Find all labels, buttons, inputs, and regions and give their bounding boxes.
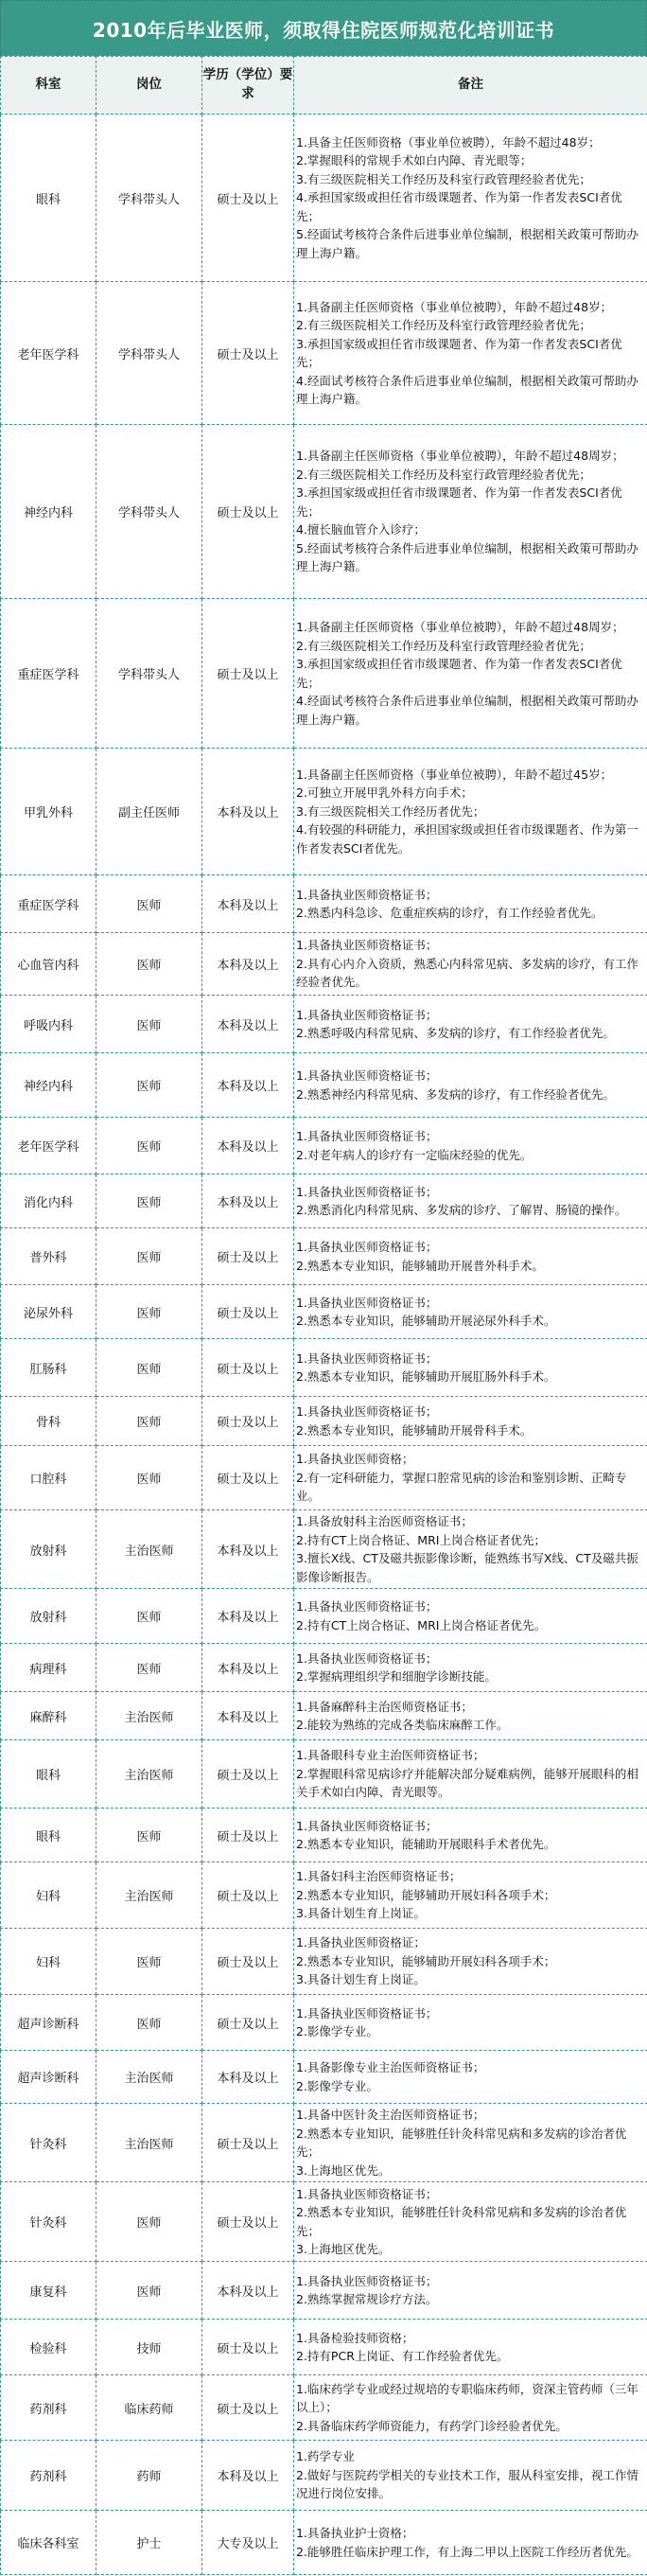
note-line: 2.熟悉本专业知识，能够辅助开展妇科各项手术； bbox=[296, 1886, 645, 1905]
cell-education: 本科及以上 bbox=[202, 2051, 294, 2104]
cell-department: 普外科 bbox=[1, 1228, 96, 1285]
cell-notes: 1.具备执业医师资格证；2.熟悉本专业知识，能够辅助开展妇科各项手术；3.具备计… bbox=[294, 1929, 647, 1995]
cell-department: 妇科 bbox=[1, 1862, 96, 1929]
table-row: 重症医学科学科带头人硕士及以上1.具备副主任医师资格（事业单位被聘），年龄不超过… bbox=[1, 599, 647, 749]
cell-department: 泌尿外科 bbox=[1, 1285, 96, 1339]
table-row: 超声诊断科主治医师本科及以上1.具备影像专业主治医师资格证书；2.影像学专业。 bbox=[1, 2051, 647, 2104]
note-line: 1.具备妇科主治医师资格证书； bbox=[296, 1867, 645, 1886]
cell-notes: 1.具备执业医师资格证书；2.熟悉呼吸内科常见病、多发病的诊疗，有工作经验者优先… bbox=[294, 996, 647, 1053]
cell-education: 本科及以上 bbox=[202, 1053, 294, 1118]
cell-notes: 1.具备执业医师资格证书；2.影像学专业。 bbox=[294, 1995, 647, 2051]
note-line: 1.具备执业医师资格证书； bbox=[296, 2272, 645, 2291]
cell-department: 超声诊断科 bbox=[1, 1995, 96, 2051]
note-line: 2.持有PCR上岗证、有工作经验者优先。 bbox=[296, 2347, 645, 2366]
cell-position: 护士 bbox=[96, 2511, 202, 2575]
table-row: 普外科医师硕士及以上1.具备执业医师资格证书；2.熟悉本专业知识，能够辅助开展普… bbox=[1, 1228, 647, 1285]
header-department: 科室 bbox=[1, 57, 96, 115]
cell-position: 医师 bbox=[96, 1446, 202, 1510]
cell-position: 医师 bbox=[96, 2262, 202, 2320]
cell-position: 医师 bbox=[96, 1808, 202, 1862]
recruitment-table: 科室 岗位 学历（学位）要求 备注 眼科学科带头人硕士及以上1.具备主任医师资格… bbox=[0, 56, 647, 2575]
note-line: 2.持有CT上岗合格证、MRI上岗合格证者优先。 bbox=[296, 1616, 645, 1635]
cell-position: 主治医师 bbox=[96, 2051, 202, 2104]
cell-position: 医师 bbox=[96, 2182, 202, 2262]
cell-notes: 1.具备执业医师资格证书；2.对老年病人的诊疗有一定临床经验的优先。 bbox=[294, 1118, 647, 1174]
note-line: 2.影像学专业。 bbox=[296, 2077, 645, 2096]
note-line: 2.掌握眼科的常规手术如白内障、青光眼等； bbox=[296, 151, 645, 170]
cell-position: 医师 bbox=[96, 1118, 202, 1174]
note-line: 1.具备执业医师资格证书； bbox=[296, 1238, 645, 1257]
cell-notes: 1.具备执业医师资格证书；2.熟悉本专业知识，能够辅助开展骨科手术。 bbox=[294, 1397, 647, 1446]
table-row: 老年医学科医师本科及以上1.具备执业医师资格证书；2.对老年病人的诊疗有一定临床… bbox=[1, 1118, 647, 1174]
note-line: 2.具有心内介入资质，熟悉心内科常见病、多发病的诊疗，有工作经验者优先。 bbox=[296, 955, 645, 992]
cell-notes: 1.具备影像专业主治医师资格证书；2.影像学专业。 bbox=[294, 2051, 647, 2104]
cell-education: 硕士及以上 bbox=[202, 115, 294, 282]
cell-notes: 1.具备执业医师资格证书；2.熟悉消化内科常见病、多发病的诊疗、了解胃、肠镜的操… bbox=[294, 1174, 647, 1228]
cell-education: 大专及以上 bbox=[202, 2511, 294, 2575]
table-row: 临床各科室护士大专及以上1.具备执业护士资格；2.能够胜任临床护理工作，有上海二… bbox=[1, 2511, 647, 2575]
cell-position: 医师 bbox=[96, 1339, 202, 1397]
note-line: 3.有三级医院相关工作经历者优先； bbox=[296, 803, 645, 821]
cell-education: 本科及以上 bbox=[202, 933, 294, 996]
cell-education: 硕士及以上 bbox=[202, 1862, 294, 1929]
table-row: 重症医学科医师本科及以上1.具备执业医师资格证书；2.熟悉内科急诊、危重症疾病的… bbox=[1, 875, 647, 933]
cell-education: 本科及以上 bbox=[202, 2262, 294, 2320]
note-line: 2.熟悉本专业知识，能够辅助开展肛肠外科手术。 bbox=[296, 1367, 645, 1386]
cell-notes: 1.具备麻醉科主治医师资格证书；2.能较为熟练的完成各类临床麻醉工作。 bbox=[294, 1692, 647, 1740]
cell-position: 临床药师 bbox=[96, 2375, 202, 2441]
table-row: 针灸科医师硕士及以上1.具备执业医师资格证书；2.熟悉本专业知识，能够胜任针灸科… bbox=[1, 2182, 647, 2262]
note-line: 1.具备检验技师资格； bbox=[296, 2329, 645, 2348]
note-line: 2.做好与医院药学相关的专业技术工作，服从科室安排，视工作情况进行岗位安排。 bbox=[296, 2466, 645, 2503]
cell-department: 眼科 bbox=[1, 1808, 96, 1862]
note-line: 1.具备执业医师资格证书； bbox=[296, 1597, 645, 1616]
cell-department: 重症医学科 bbox=[1, 599, 96, 749]
cell-department: 口腔科 bbox=[1, 1446, 96, 1510]
note-line: 1.具备副主任医师资格（事业单位被聘），年龄不超过48岁； bbox=[296, 298, 645, 317]
cell-education: 硕士及以上 bbox=[202, 1285, 294, 1339]
note-line: 2.有一定科研能力，掌握口腔常见病的诊治和鉴别诊断、正畸专业。 bbox=[296, 1469, 645, 1506]
note-line: 1.药学专业 bbox=[296, 2447, 645, 2466]
note-line: 4.有较强的科研能力，承担国家级或担任省市级课题者、作为第一作者发表SCI者优先… bbox=[296, 820, 645, 857]
note-line: 3.承担国家级或担任省市级课题者、作为第一作者发表SCI者优先； bbox=[296, 335, 645, 372]
table-row: 眼科学科带头人硕士及以上1.具备主任医师资格（事业单位被聘），年龄不超过48岁；… bbox=[1, 115, 647, 282]
cell-department: 眼科 bbox=[1, 1740, 96, 1808]
cell-department: 麻醉科 bbox=[1, 1692, 96, 1740]
cell-education: 本科及以上 bbox=[202, 749, 294, 875]
cell-education: 硕士及以上 bbox=[202, 1228, 294, 1285]
cell-department: 康复科 bbox=[1, 2262, 96, 2320]
note-line: 2.熟悉神经内科常见病、多发病的诊疗，有工作经验者优先。 bbox=[296, 1085, 645, 1104]
cell-department: 骨科 bbox=[1, 1397, 96, 1446]
cell-notes: 1.具备执业医师资格证书；2.熟悉内科急诊、危重症疾病的诊疗，有工作经验者优先。 bbox=[294, 875, 647, 933]
note-line: 2.能较为熟练的完成各类临床麻醉工作。 bbox=[296, 1716, 645, 1735]
cell-education: 硕士及以上 bbox=[202, 425, 294, 599]
cell-education: 本科及以上 bbox=[202, 1589, 294, 1644]
cell-education: 本科及以上 bbox=[202, 1174, 294, 1228]
cell-notes: 1.具备执业医师资格证书；2.持有CT上岗合格证、MRI上岗合格证者优先。 bbox=[294, 1589, 647, 1644]
note-line: 1.具备执业医师资格证书； bbox=[296, 1127, 645, 1146]
header-notes: 备注 bbox=[294, 57, 647, 115]
note-line: 1.具备主任医师资格（事业单位被聘），年龄不超过48岁； bbox=[296, 133, 645, 152]
cell-position: 技师 bbox=[96, 2320, 202, 2375]
note-line: 1.具备执业医师资格证书； bbox=[296, 936, 645, 955]
note-line: 2.具备临床药学师资能力，有药学门诊经验者优先。 bbox=[296, 2417, 645, 2436]
cell-education: 本科及以上 bbox=[202, 875, 294, 933]
table-row: 病理科医师本科及以上1.具备执业医师资格证书；2.掌握病理组织学和细胞学诊断技能… bbox=[1, 1644, 647, 1692]
note-line: 2.熟悉内科急诊、危重症疾病的诊疗，有工作经验者优先。 bbox=[296, 904, 645, 923]
cell-position: 学科带头人 bbox=[96, 282, 202, 425]
note-line: 5.经面试考核符合条件后进事业单位编制，根据相关政策可帮助办理上海户籍。 bbox=[296, 225, 645, 262]
table-row: 呼吸内科医师本科及以上1.具备执业医师资格证书；2.熟悉呼吸内科常见病、多发病的… bbox=[1, 996, 647, 1053]
header-education: 学历（学位）要求 bbox=[202, 57, 294, 115]
cell-notes: 1.具备妇科主治医师资格证书；2.熟悉本专业知识，能够辅助开展妇科各项手术；3.… bbox=[294, 1862, 647, 1929]
cell-position: 医师 bbox=[96, 1995, 202, 2051]
note-line: 1.具备中医针灸主治医师资格证书； bbox=[296, 2106, 645, 2125]
cell-position: 学科带头人 bbox=[96, 425, 202, 599]
cell-department: 神经内科 bbox=[1, 425, 96, 599]
cell-notes: 1.具备副主任医师资格（事业单位被聘），年龄不超过45岁；2.可独立开展甲乳外科… bbox=[294, 749, 647, 875]
cell-notes: 1.具备执业医师资格证书；2.熟悉本专业知识，能够辅助开展普外科手术。 bbox=[294, 1228, 647, 1285]
note-line: 1.具备执业医师资格证书； bbox=[296, 2185, 645, 2204]
header-row: 科室 岗位 学历（学位）要求 备注 bbox=[1, 57, 647, 115]
note-line: 1.具备眼科专业主治医师资格证书； bbox=[296, 1746, 645, 1765]
note-line: 2.掌握病理组织学和细胞学诊断技能。 bbox=[296, 1667, 645, 1686]
note-line: 1.具备执业医师资格证书； bbox=[296, 886, 645, 905]
table-row: 甲乳外科副主任医师本科及以上1.具备副主任医师资格（事业单位被聘），年龄不超过4… bbox=[1, 749, 647, 875]
note-line: 2.熟悉本专业知识，能够辅助开展妇科各项手术； bbox=[296, 1952, 645, 1971]
note-line: 1.临床药学专业或经过规培的专职临床药师，资深主管药师（三年以上）； bbox=[296, 2380, 645, 2417]
note-line: 1.具备执业医师资格证书； bbox=[296, 2004, 645, 2023]
cell-department: 神经内科 bbox=[1, 1053, 96, 1118]
note-line: 1.具备副主任医师资格（事业单位被聘），年龄不超过48周岁； bbox=[296, 618, 645, 637]
note-line: 3.承担国家级或担任省市级课题者、作为第一作者发表SCI者优先； bbox=[296, 484, 645, 520]
cell-position: 医师 bbox=[96, 1644, 202, 1692]
note-line: 2.影像学专业。 bbox=[296, 2022, 645, 2041]
cell-education: 硕士及以上 bbox=[202, 2320, 294, 2375]
note-line: 4.经面试考核符合条件后进事业单位编制，根据相关政策可帮助办理上海户籍。 bbox=[296, 692, 645, 729]
table-row: 眼科医师硕士及以上1.具备执业医师资格证书；2.熟悉本专业知识，能辅助开展眼科手… bbox=[1, 1808, 647, 1862]
table-row: 放射科主治医师本科及以上1.具备放射科主治医师资格证书；2.持有CT上岗合格证、… bbox=[1, 1510, 647, 1589]
table-row: 药剂科药师本科及以上1.药学专业2.做好与医院药学相关的专业技术工作，服从科室安… bbox=[1, 2441, 647, 2511]
cell-position: 主治医师 bbox=[96, 2104, 202, 2182]
cell-notes: 1.具备副主任医师资格（事业单位被聘），年龄不超过48岁；2.有三级医院相关工作… bbox=[294, 282, 647, 425]
note-line: 3.承担国家级或担任省市级课题者、作为第一作者发表SCI者优先； bbox=[296, 655, 645, 692]
table-row: 神经内科学科带头人硕士及以上1.具备副主任医师资格（事业单位被聘），年龄不超过4… bbox=[1, 425, 647, 599]
cell-education: 硕士及以上 bbox=[202, 2104, 294, 2182]
note-line: 3.具备计划生育上岗证。 bbox=[296, 1970, 645, 1989]
cell-notes: 1.具备执业医师资格证书；2.具有心内介入资质，熟悉心内科常见病、多发病的诊疗，… bbox=[294, 933, 647, 996]
table-row: 心血管内科医师本科及以上1.具备执业医师资格证书；2.具有心内介入资质，熟悉心内… bbox=[1, 933, 647, 996]
cell-notes: 1.具备执业医师资格证书；2.熟练掌握常规诊疗方法。 bbox=[294, 2262, 647, 2320]
note-line: 1.具备执业医师资格证书； bbox=[296, 1403, 645, 1421]
cell-department: 老年医学科 bbox=[1, 282, 96, 425]
note-line: 1.具备执业医师资格证书； bbox=[296, 1350, 645, 1368]
note-line: 2.熟悉本专业知识，能够辅助开展泌尿外科手术。 bbox=[296, 1312, 645, 1331]
cell-position: 主治医师 bbox=[96, 1510, 202, 1589]
cell-notes: 1.具备眼科专业主治医师资格证书；2.掌握眼科常见病诊疗并能解决部分疑难病例，能… bbox=[294, 1740, 647, 1808]
table-row: 神经内科医师本科及以上1.具备执业医师资格证书；2.熟悉神经内科常见病、多发病的… bbox=[1, 1053, 647, 1118]
cell-notes: 1.具备执业护士资格；2.能够胜任临床护理工作，有上海二甲以上医院工作经历者优先… bbox=[294, 2511, 647, 2575]
cell-notes: 1.具备执业医师资格证书；2.熟悉神经内科常见病、多发病的诊疗，有工作经验者优先… bbox=[294, 1053, 647, 1118]
note-line: 3.擅长X线、CT及磁共振影像诊断，能熟练书写X线、CT及磁共振影像诊断报告。 bbox=[296, 1549, 645, 1586]
cell-position: 医师 bbox=[96, 1929, 202, 1995]
cell-position: 主治医师 bbox=[96, 1692, 202, 1740]
cell-position: 主治医师 bbox=[96, 1740, 202, 1808]
note-line: 2.熟悉本专业知识，能够辅助开展骨科手术。 bbox=[296, 1421, 645, 1440]
header-position: 岗位 bbox=[96, 57, 202, 115]
note-line: 3.有三级医院相关工作经历及科室行政管理经验者优先； bbox=[296, 170, 645, 189]
note-line: 2.熟练掌握常规诊疗方法。 bbox=[296, 2290, 645, 2309]
cell-department: 超声诊断科 bbox=[1, 2051, 96, 2104]
note-line: 1.具备执业医师资格证书； bbox=[296, 1650, 645, 1668]
note-line: 2.掌握眼科常见病诊疗并能解决部分疑难病例，能够开展眼科的相关手术如白内障、青光… bbox=[296, 1765, 645, 1802]
note-line: 1.具备执业医师资格证； bbox=[296, 1933, 645, 1952]
note-line: 3.上海地区优先。 bbox=[296, 2240, 645, 2259]
cell-notes: 1.具备主任医师资格（事业单位被聘），年龄不超过48岁；2.掌握眼科的常规手术如… bbox=[294, 115, 647, 282]
cell-notes: 1.具备执业医师资格证书；2.掌握病理组织学和细胞学诊断技能。 bbox=[294, 1644, 647, 1692]
cell-position: 医师 bbox=[96, 1053, 202, 1118]
note-line: 2.熟悉本专业知识，能够胜任针灸科常见病和多发病的诊治者优先； bbox=[296, 2203, 645, 2240]
table-row: 康复科医师本科及以上1.具备执业医师资格证书；2.熟练掌握常规诊疗方法。 bbox=[1, 2262, 647, 2320]
table-row: 老年医学科学科带头人硕士及以上1.具备副主任医师资格（事业单位被聘），年龄不超过… bbox=[1, 282, 647, 425]
cell-education: 本科及以上 bbox=[202, 1692, 294, 1740]
cell-position: 医师 bbox=[96, 875, 202, 933]
cell-education: 本科及以上 bbox=[202, 2441, 294, 2511]
table-row: 针灸科主治医师硕士及以上1.具备中医针灸主治医师资格证书；2.熟悉本专业知识，能… bbox=[1, 2104, 647, 2182]
cell-position: 副主任医师 bbox=[96, 749, 202, 875]
cell-position: 医师 bbox=[96, 996, 202, 1053]
note-line: 2.持有CT上岗合格证、MRI上岗合格证者优先； bbox=[296, 1531, 645, 1550]
cell-department: 临床各科室 bbox=[1, 2511, 96, 2575]
note-line: 1.具备影像专业主治医师资格证书； bbox=[296, 2058, 645, 2077]
cell-department: 病理科 bbox=[1, 1644, 96, 1692]
table-row: 口腔科医师硕士及以上1.具备执业医师资格；2.有一定科研能力，掌握口腔常见病的诊… bbox=[1, 1446, 647, 1510]
cell-department: 甲乳外科 bbox=[1, 749, 96, 875]
table-row: 放射科医师本科及以上1.具备执业医师资格证书；2.持有CT上岗合格证、MRI上岗… bbox=[1, 1589, 647, 1644]
cell-notes: 1.具备检验技师资格；2.持有PCR上岗证、有工作经验者优先。 bbox=[294, 2320, 647, 2375]
cell-position: 学科带头人 bbox=[96, 599, 202, 749]
note-line: 1.具备执业医师资格证书； bbox=[296, 1817, 645, 1836]
table-row: 骨科医师硕士及以上1.具备执业医师资格证书；2.熟悉本专业知识，能够辅助开展骨科… bbox=[1, 1397, 647, 1446]
table-row: 超声诊断科医师硕士及以上1.具备执业医师资格证书；2.影像学专业。 bbox=[1, 1995, 647, 2051]
cell-education: 硕士及以上 bbox=[202, 1929, 294, 1995]
cell-notes: 1.药学专业2.做好与医院药学相关的专业技术工作，服从科室安排，视工作情况进行岗… bbox=[294, 2441, 647, 2511]
cell-education: 硕士及以上 bbox=[202, 1339, 294, 1397]
note-line: 1.具备执业医师资格； bbox=[296, 1450, 645, 1469]
note-line: 2.熟悉本专业知识，能辅助开展眼科手术者优先。 bbox=[296, 1835, 645, 1854]
note-line: 2.可独立开展甲乳外科方向手术； bbox=[296, 784, 645, 803]
cell-department: 眼科 bbox=[1, 115, 96, 282]
table-row: 眼科主治医师硕士及以上1.具备眼科专业主治医师资格证书；2.掌握眼科常见病诊疗并… bbox=[1, 1740, 647, 1808]
note-line: 2.熟悉呼吸内科常见病、多发病的诊疗，有工作经验者优先。 bbox=[296, 1024, 645, 1043]
cell-department: 药剂科 bbox=[1, 2375, 96, 2441]
cell-notes: 1.具备副主任医师资格（事业单位被聘），年龄不超过48周岁；2.有三级医院相关工… bbox=[294, 599, 647, 749]
table-row: 检验科技师硕士及以上1.具备检验技师资格；2.持有PCR上岗证、有工作经验者优先… bbox=[1, 2320, 647, 2375]
cell-position: 医师 bbox=[96, 1285, 202, 1339]
note-line: 2.有三级医院相关工作经历及科室行政管理经验者优先； bbox=[296, 637, 645, 656]
cell-education: 硕士及以上 bbox=[202, 2375, 294, 2441]
table-row: 肛肠科医师硕士及以上1.具备执业医师资格证书；2.熟悉本专业知识，能够辅助开展肛… bbox=[1, 1339, 647, 1397]
table-body: 眼科学科带头人硕士及以上1.具备主任医师资格（事业单位被聘），年龄不超过48岁；… bbox=[1, 115, 647, 2575]
table-row: 药剂科临床药师硕士及以上1.临床药学专业或经过规培的专职临床药师，资深主管药师（… bbox=[1, 2375, 647, 2441]
note-line: 1.具备执业医师资格证书； bbox=[296, 1067, 645, 1085]
cell-education: 硕士及以上 bbox=[202, 599, 294, 749]
note-line: 1.具备执业护士资格； bbox=[296, 2524, 645, 2543]
cell-department: 放射科 bbox=[1, 1510, 96, 1589]
cell-position: 医师 bbox=[96, 1589, 202, 1644]
cell-notes: 1.临床药学专业或经过规培的专职临床药师，资深主管药师（三年以上）；2.具备临床… bbox=[294, 2375, 647, 2441]
cell-department: 针灸科 bbox=[1, 2104, 96, 2182]
note-line: 2.熟悉本专业知识，能够胜任针灸科常见病和多发病的诊治者优先； bbox=[296, 2125, 645, 2161]
cell-education: 本科及以上 bbox=[202, 1118, 294, 1174]
cell-department: 重症医学科 bbox=[1, 875, 96, 933]
table-title: 2010年后毕业医师，须取得住院医师规范化培训证书 bbox=[0, 0, 647, 56]
note-line: 2.熟悉消化内科常见病、多发病的诊疗、了解胃、肠镜的操作。 bbox=[296, 1201, 645, 1220]
cell-department: 肛肠科 bbox=[1, 1339, 96, 1397]
cell-notes: 1.具备中医针灸主治医师资格证书；2.熟悉本专业知识，能够胜任针灸科常见病和多发… bbox=[294, 2104, 647, 2182]
note-line: 1.具备麻醉科主治医师资格证书； bbox=[296, 1698, 645, 1717]
note-line: 2.对老年病人的诊疗有一定临床经验的优先。 bbox=[296, 1146, 645, 1165]
table-row: 泌尿外科医师硕士及以上1.具备执业医师资格证书；2.熟悉本专业知识，能够辅助开展… bbox=[1, 1285, 647, 1339]
cell-notes: 1.具备执业医师资格证书；2.熟悉本专业知识，能够辅助开展肛肠外科手术。 bbox=[294, 1339, 647, 1397]
cell-department: 药剂科 bbox=[1, 2441, 96, 2511]
cell-education: 硕士及以上 bbox=[202, 1808, 294, 1862]
note-line: 1.具备执业医师资格证书； bbox=[296, 1006, 645, 1025]
cell-position: 主治医师 bbox=[96, 1862, 202, 1929]
cell-notes: 1.具备执业医师资格证书；2.熟悉本专业知识，能辅助开展眼科手术者优先。 bbox=[294, 1808, 647, 1862]
cell-notes: 1.具备执业医师资格；2.有一定科研能力，掌握口腔常见病的诊治和鉴别诊断、正畸专… bbox=[294, 1446, 647, 1510]
note-line: 4.承担国家级或担任省市级课题者、作为第一作者发表SCI者优先； bbox=[296, 188, 645, 225]
cell-department: 呼吸内科 bbox=[1, 996, 96, 1053]
cell-position: 药师 bbox=[96, 2441, 202, 2511]
cell-notes: 1.具备放射科主治医师资格证书；2.持有CT上岗合格证、MRI上岗合格证者优先；… bbox=[294, 1510, 647, 1589]
cell-education: 硕士及以上 bbox=[202, 2182, 294, 2262]
note-line: 2.熟悉本专业知识，能够辅助开展普外科手术。 bbox=[296, 1257, 645, 1276]
cell-education: 硕士及以上 bbox=[202, 1446, 294, 1510]
cell-department: 消化内科 bbox=[1, 1174, 96, 1228]
table-row: 妇科医师硕士及以上1.具备执业医师资格证；2.熟悉本专业知识，能够辅助开展妇科各… bbox=[1, 1929, 647, 1995]
note-line: 1.具备执业医师资格证书； bbox=[296, 1183, 645, 1202]
table-row: 妇科主治医师硕士及以上1.具备妇科主治医师资格证书；2.熟悉本专业知识，能够辅助… bbox=[1, 1862, 647, 1929]
cell-department: 妇科 bbox=[1, 1929, 96, 1995]
cell-department: 心血管内科 bbox=[1, 933, 96, 996]
cell-education: 本科及以上 bbox=[202, 996, 294, 1053]
note-line: 2.有三级医院相关工作经历及科室行政管理经验者优先； bbox=[296, 316, 645, 335]
cell-position: 医师 bbox=[96, 1174, 202, 1228]
cell-position: 医师 bbox=[96, 1228, 202, 1285]
note-line: 1.具备放射科主治医师资格证书； bbox=[296, 1512, 645, 1531]
cell-department: 针灸科 bbox=[1, 2182, 96, 2262]
cell-education: 硕士及以上 bbox=[202, 1740, 294, 1808]
cell-education: 硕士及以上 bbox=[202, 1995, 294, 2051]
note-line: 1.具备执业医师资格证书； bbox=[296, 1294, 645, 1313]
note-line: 4.经面试考核符合条件后进事业单位编制，根据相关政策可帮助办理上海户籍。 bbox=[296, 372, 645, 409]
note-line: 2.能够胜任临床护理工作，有上海二甲以上医院工作经历者优先。 bbox=[296, 2543, 645, 2562]
cell-education: 本科及以上 bbox=[202, 1510, 294, 1589]
note-line: 1.具备副主任医师资格（事业单位被聘），年龄不超过48周岁； bbox=[296, 447, 645, 466]
cell-education: 硕士及以上 bbox=[202, 1397, 294, 1446]
note-line: 3.上海地区优先。 bbox=[296, 2161, 645, 2180]
note-line: 5.经面试考核符合条件后进事业单位编制，根据相关政策可帮助办理上海户籍。 bbox=[296, 539, 645, 576]
cell-education: 硕士及以上 bbox=[202, 282, 294, 425]
cell-department: 放射科 bbox=[1, 1589, 96, 1644]
cell-notes: 1.具备执业医师资格证书；2.熟悉本专业知识，能够辅助开展泌尿外科手术。 bbox=[294, 1285, 647, 1339]
note-line: 2.有三级医院相关工作经历及科室行政管理经验者优先； bbox=[296, 466, 645, 485]
cell-education: 本科及以上 bbox=[202, 1644, 294, 1692]
note-line: 3.具备计划生育上岗证。 bbox=[296, 1904, 645, 1923]
cell-position: 学科带头人 bbox=[96, 115, 202, 282]
note-line: 4.擅长脑血管介入诊疗； bbox=[296, 520, 645, 539]
cell-position: 医师 bbox=[96, 933, 202, 996]
cell-notes: 1.具备执业医师资格证书；2.熟悉本专业知识，能够胜任针灸科常见病和多发病的诊治… bbox=[294, 2182, 647, 2262]
cell-department: 老年医学科 bbox=[1, 1118, 96, 1174]
table-row: 麻醉科主治医师本科及以上1.具备麻醉科主治医师资格证书；2.能较为熟练的完成各类… bbox=[1, 1692, 647, 1740]
cell-department: 检验科 bbox=[1, 2320, 96, 2375]
note-line: 1.具备副主任医师资格（事业单位被聘），年龄不超过45岁； bbox=[296, 766, 645, 785]
table-row: 消化内科医师本科及以上1.具备执业医师资格证书；2.熟悉消化内科常见病、多发病的… bbox=[1, 1174, 647, 1228]
cell-position: 医师 bbox=[96, 1397, 202, 1446]
cell-notes: 1.具备副主任医师资格（事业单位被聘），年龄不超过48周岁；2.有三级医院相关工… bbox=[294, 425, 647, 599]
